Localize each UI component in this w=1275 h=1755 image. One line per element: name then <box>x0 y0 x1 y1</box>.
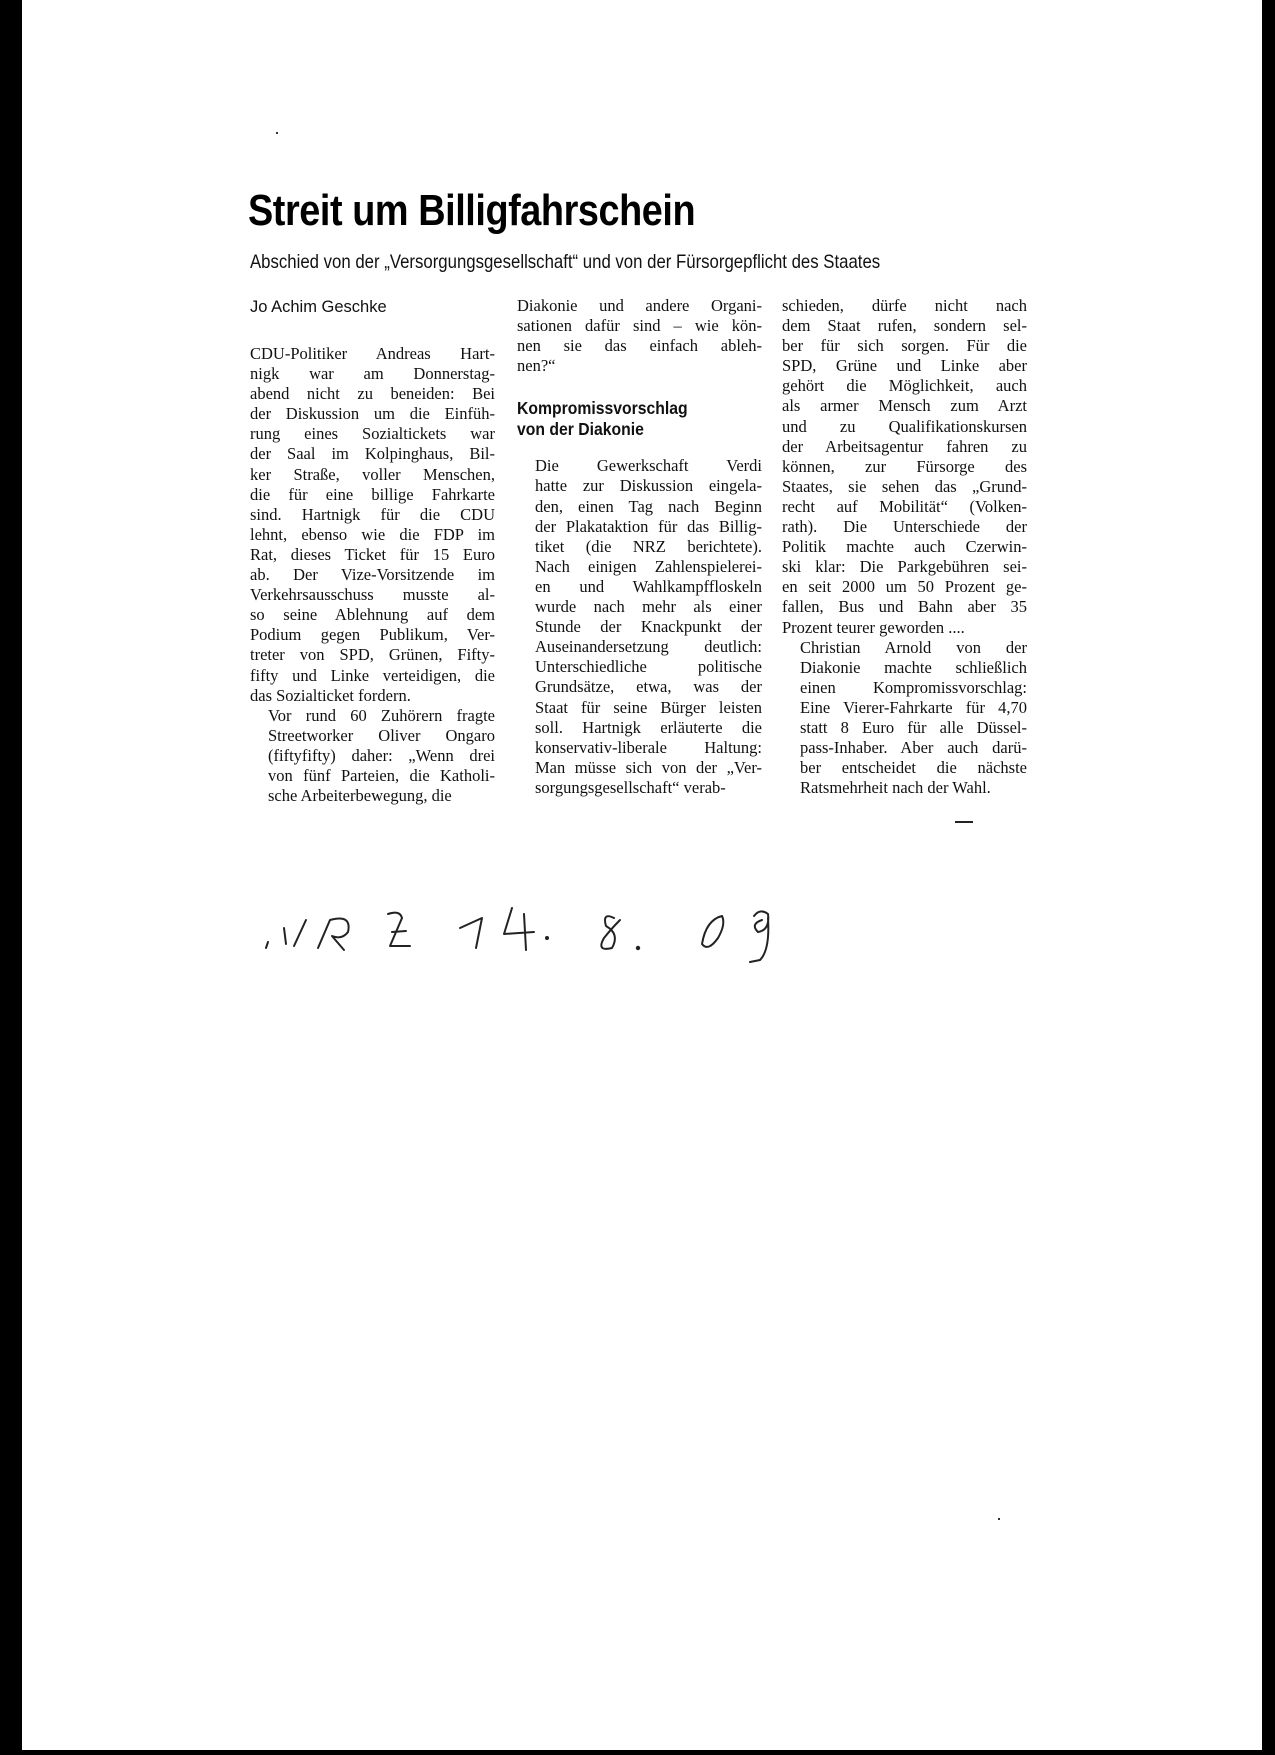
text-line: so seine Ablehnung auf dem <box>250 605 495 625</box>
text-line: Christian Arnold von der <box>782 638 1027 658</box>
scan-border-left <box>0 0 22 1755</box>
text-line: treter von SPD, Grünen, Fifty- <box>250 645 495 665</box>
text-line: Nach einigen Zahlenspielerei- <box>517 557 762 577</box>
text-line: Staates, sie sehen das „Grund- <box>782 477 1027 497</box>
text-line: en seit 2000 um 50 Prozent ge- <box>782 577 1027 597</box>
text-line: CDU-Politiker Andreas Hart- <box>250 344 495 364</box>
text-line: sationen dafür sind – wie kön- <box>517 316 762 336</box>
text-line: Die Gewerkschaft Verdi <box>517 456 762 476</box>
text-line: nigk war am Donnerstag- <box>250 364 495 384</box>
text-line: der Diskussion um die Einfüh- <box>250 404 495 424</box>
text-line: die für eine billige Fahrkarte <box>250 485 495 505</box>
text-line: den, einen Tag nach Beginn <box>517 497 762 517</box>
paragraph: Vor rund 60 Zuhörern fragteStreetworker … <box>250 706 495 806</box>
scan-border-bottom <box>0 1750 1275 1755</box>
text-line: und zu Qualifikationskursen <box>782 417 1027 437</box>
scan-speck <box>998 1518 1000 1520</box>
text-line: Stunde der Knackpunkt der <box>517 617 762 637</box>
text-line: ski klar: Die Parkgebühren sei- <box>782 557 1027 577</box>
article-column-1: CDU-Politiker Andreas Hart-nigk war am D… <box>250 344 495 806</box>
text-line: können, zur Fürsorge des <box>782 457 1027 477</box>
text-line: das Sozialticket fordern. <box>250 686 495 706</box>
author-byline: Jo Achim Geschke <box>250 298 387 317</box>
text-line: Prozent teurer geworden .... <box>782 618 1027 638</box>
scan-speck <box>276 132 278 134</box>
text-line: sche Arbeiterbewegung, die <box>250 786 495 806</box>
text-line: als armer Mensch zum Arzt <box>782 396 1027 416</box>
handwritten-source-note <box>262 900 882 980</box>
text-line: ab. Der Vize-Vorsitzende im <box>250 565 495 585</box>
text-line: ber für sich sorgen. Für die <box>782 336 1027 356</box>
text-line: gehört die Möglichkeit, auch <box>782 376 1027 396</box>
text-line: Streetworker Oliver Ongaro <box>250 726 495 746</box>
text-line: Diakonie machte schließlich <box>782 658 1027 678</box>
text-line: dem Staat rufen, sondern sel- <box>782 316 1027 336</box>
text-line: lehnt, ebenso wie die FDP im <box>250 525 495 545</box>
text-line: von fünf Parteien, die Katholi- <box>250 766 495 786</box>
text-line: der Plakataktion für das Billig- <box>517 517 762 537</box>
text-line: Auseinandersetzung deutlich: <box>517 637 762 657</box>
text-line: Ratsmehrheit nach der Wahl. <box>782 778 1027 798</box>
text-line: sind. Hartnigk für die CDU <box>250 505 495 525</box>
text-line: schieden, dürfe nicht nach <box>782 296 1027 316</box>
text-line: Grundsätze, etwa, was der <box>517 677 762 697</box>
text-line: Diakonie und andere Organi- <box>517 296 762 316</box>
text-line: wurde nach mehr als einer <box>517 597 762 617</box>
section-subheading: Kompromissvorschlag von der Diakonie <box>517 398 738 440</box>
paragraph: Diakonie und andere Organi-sationen dafü… <box>517 296 762 376</box>
subheading-line-1: Kompromissvorschlag <box>517 398 688 418</box>
text-line: Staat für seine Bürger leisten <box>517 698 762 718</box>
text-line: einen Kompromissvorschlag: <box>782 678 1027 698</box>
text-line: SPD, Grüne und Linke aber <box>782 356 1027 376</box>
text-line: der Arbeitsagentur fahren zu <box>782 437 1027 457</box>
text-line: en und Wahlkampffloskeln <box>517 577 762 597</box>
text-line: Unterschiedliche politische <box>517 657 762 677</box>
text-line: der Saal im Kolpinghaus, Bil- <box>250 444 495 464</box>
text-line: recht auf Mobilität“ (Volken- <box>782 497 1027 517</box>
text-line: pass-Inhaber. Aber auch darü- <box>782 738 1027 758</box>
text-line: Vor rund 60 Zuhörern fragte <box>250 706 495 726</box>
text-line: Podium gegen Publikum, Ver- <box>250 625 495 645</box>
text-line: fifty und Linke verteidigen, die <box>250 666 495 686</box>
text-line: nen sie das einfach ableh- <box>517 336 762 356</box>
text-line: Politik machte auch Czerwin- <box>782 537 1027 557</box>
text-line: Rat, dieses Ticket für 15 Euro <box>250 545 495 565</box>
text-line: hatte zur Diskussion eingela- <box>517 476 762 496</box>
text-line: konservativ-liberale Haltung: <box>517 738 762 758</box>
text-line: ker Straße, voller Menschen, <box>250 465 495 485</box>
paragraph: Christian Arnold von derDiakonie machte … <box>782 638 1027 799</box>
text-line: (fiftyfifty) daher: „Wenn drei <box>250 746 495 766</box>
text-line: tiket (die NRZ berichtete). <box>517 537 762 557</box>
paragraph: Die Gewerkschaft Verdihatte zur Diskussi… <box>517 456 762 798</box>
text-line: fallen, Bus und Bahn aber 35 <box>782 597 1027 617</box>
paragraph: CDU-Politiker Andreas Hart-nigk war am D… <box>250 344 495 706</box>
scan-border-right <box>1262 0 1275 1755</box>
text-line: rung eines Sozialtickets war <box>250 424 495 444</box>
text-line: statt 8 Euro für alle Düssel- <box>782 718 1027 738</box>
text-line: nen?“ <box>517 356 762 376</box>
article-headline: Streit um Billigfahrschein <box>248 186 695 236</box>
text-line: Man müsse sich von der „Ver- <box>517 758 762 778</box>
text-line: Eine Vierer-Fahrkarte für 4,70 <box>782 698 1027 718</box>
paragraph: schieden, dürfe nicht nachdem Staat rufe… <box>782 296 1027 638</box>
text-line: rath). Die Unterschiede der <box>782 517 1027 537</box>
article-column-3: schieden, dürfe nicht nachdem Staat rufe… <box>782 296 1027 798</box>
article-end-mark <box>955 821 973 823</box>
text-line: soll. Hartnigk erläuterte die <box>517 718 762 738</box>
article-column-2: Diakonie und andere Organi-sationen dafü… <box>517 296 762 798</box>
text-line: Verkehrsausschuss musste al- <box>250 585 495 605</box>
article-subheadline: Abschied von der „Versorgungsgesellschaf… <box>250 251 880 274</box>
subheading-line-2: von der Diakonie <box>517 419 644 439</box>
text-line: ber entscheidet die nächste <box>782 758 1027 778</box>
text-line: abend nicht zu beneiden: Bei <box>250 384 495 404</box>
text-line: sorgungsgesellschaft“ verab- <box>517 778 762 798</box>
handwriting-icon <box>262 900 882 980</box>
